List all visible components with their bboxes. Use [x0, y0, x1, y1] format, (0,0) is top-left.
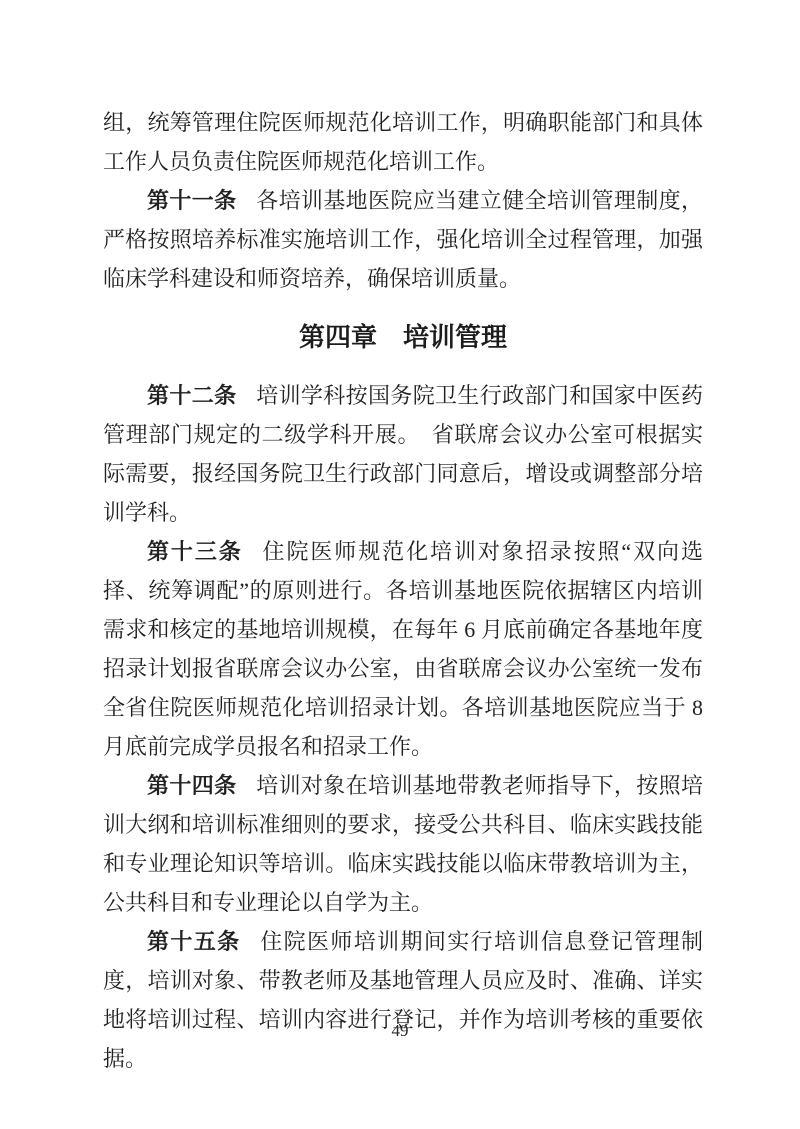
article-paragraph: 第十三条住院医师规范化培训对象招录按照“双向选择、统筹调配”的原则进行。各培训基… — [103, 532, 703, 766]
body-paragraph: 组，统筹管理住院医师规范化培训工作，明确职能部门和具体工作人员负责住院医师规范化… — [103, 103, 703, 181]
document-page: 组，统筹管理住院医师规范化培训工作，明确职能部门和具体工作人员负责住院医师规范化… — [0, 0, 800, 1129]
article-number: 第十一条 — [147, 188, 236, 213]
paragraph-text: 住院医师规范化培训对象招录按照“双向选择、统筹调配”的原则进行。各培训基地医院依… — [103, 539, 703, 759]
chapter-heading: 第四章 培训管理 — [103, 315, 703, 359]
page-footer: 49 — [0, 1018, 800, 1044]
article-number: 第十五条 — [147, 929, 241, 954]
article-number: 第十三条 — [147, 539, 243, 564]
article-paragraph: 第十五条住院医师培训期间实行培训信息登记管理制度，培训对象、带教老师及基地管理人… — [103, 922, 703, 1078]
paragraph-text: 组，统筹管理住院医师规范化培训工作，明确职能部门和具体工作人员负责住院医师规范化… — [103, 110, 703, 174]
document-content: 组，统筹管理住院医师规范化培训工作，明确职能部门和具体工作人员负责住院医师规范化… — [103, 103, 703, 1078]
article-paragraph: 第十二条培训学科按国务院卫生行政部门和国家中医药管理部门规定的二级学科开展。 省… — [103, 376, 703, 532]
article-number: 第十四条 — [147, 773, 236, 798]
article-paragraph: 第十四条培训对象在培训基地带教老师指导下，按照培训大纲和培训标准细则的要求，接受… — [103, 766, 703, 922]
article-paragraph: 第十一条各培训基地医院应当建立健全培训管理制度，严格按照培养标准实施培训工作，强… — [103, 181, 703, 298]
article-number: 第十二条 — [147, 383, 236, 408]
page-number: 49 — [392, 1021, 409, 1040]
